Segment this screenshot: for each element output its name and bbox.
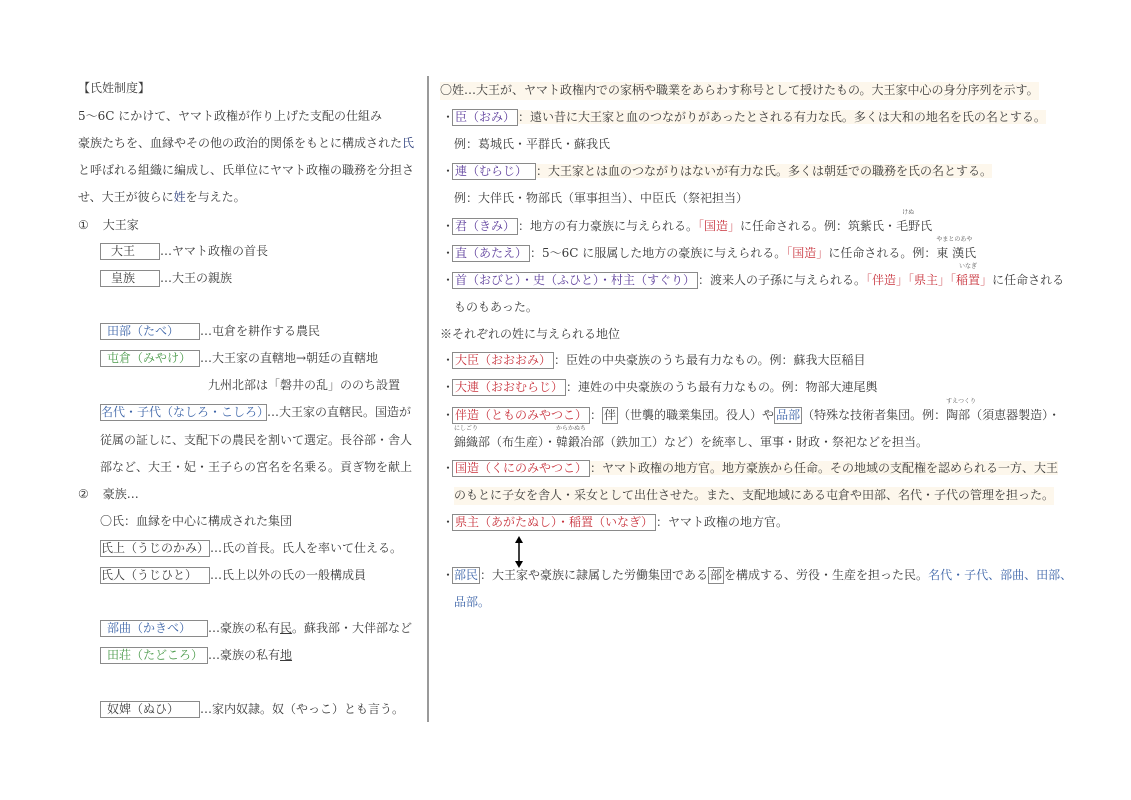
ruby-suetsukuri: すえつくり陶 <box>946 407 958 423</box>
kuninomiyatsuko-entry: ・国造（くにのみやつこ）：ヤマト政権の地方官。地方豪族から任命。その地域の支配権… <box>442 460 1058 478</box>
ruby-yamatonoaya: やまとのあや東 漢 <box>936 245 964 261</box>
kabane-definition: 〇姓…大王が、ヤマト政権内での家柄や職業をあらわす称号として授けたもの。大王家中… <box>440 82 1039 100</box>
term-box-obito: 首（おびと）・史（ふひと）・村主（すぐり） <box>452 272 698 289</box>
term-box-atai: 直（あたえ） <box>452 245 530 262</box>
okimi-entry: 大王…ヤマト政権の首長 <box>100 243 268 261</box>
kakibe-entry: 部曲（かきべ）…豪族の私有民。蘇我部・大伴部など <box>100 620 412 638</box>
term-box-kuninomiyatsuko: 国造（くにのみやつこ） <box>452 460 590 477</box>
term-box-shinabe: 品部 <box>774 407 802 424</box>
tomo-entry: ・伴造（とものみやつこ）：伴（世襲的職業集団。役人）や品部（特殊な技術者集団。例… <box>442 407 1060 425</box>
section-title: 【氏姓制度】 <box>78 80 150 98</box>
term-box-oomi: 大臣（おおおみ） <box>452 352 554 369</box>
ujinokami-entry: 氏上（うじのかみ）…氏の首長。氏人を率いて仕える。 <box>100 540 402 558</box>
intro-line-1: 5～6C にかけて、ヤマト政権が作り上げた支配の仕組み <box>78 108 382 126</box>
kozoku-entry: 皇族…大王の親族 <box>100 270 232 288</box>
oomuraji-entry: ・大連（おおむらじ）：連姓の中央豪族のうち最有力なもの。例：物部大連尾輿 <box>442 379 878 397</box>
term-box-kakibe: 部曲（かきべ） <box>100 620 208 637</box>
bemin-entry: ・部民：大王家や豪族に隷属した労働集団である部を構成する、労役・生産を担った民。… <box>442 567 1072 585</box>
miyake-entry: 屯倉（みやけ）…大王家の直轄地→朝廷の直轄地 <box>100 350 378 368</box>
tabe-entry: 田部（たべ）…屯倉を耕作する農民 <box>100 323 320 341</box>
kabane-highlight: 姓 <box>174 190 186 204</box>
omi-entry: ・臣（おみ）：遠い昔に大王家と血のつながりがあったとされる有力な氏。多くは大和の… <box>442 109 1046 127</box>
term-box-ujibito: 氏人（うじひと） <box>100 567 210 584</box>
term-box-tadokoro: 田荘（たどころ） <box>100 647 208 664</box>
term-box-okimi: 大王 <box>100 243 160 260</box>
nuhi-entry: 奴婢（ぬひ）…家内奴隷。奴（やっこ）とも言う。 <box>100 701 404 719</box>
term-box-tabe: 田部（たべ） <box>100 323 200 340</box>
omi-example: 例：葛城氏・平群氏・蘇我氏 <box>454 136 610 154</box>
tomo-continuation: にしごり錦織部（布生産）・からかぬち韓鍛冶部（鉄加工）など）を統率し、軍事・財政… <box>454 434 928 452</box>
kimi-entry: ・君（きみ）：地方の有力豪族に与えられる。「国造」に任命される。例：筑紫氏・けぬ… <box>442 218 932 236</box>
agatanushi-entry: ・県主（あがたぬし）・稲置（いなぎ）：ヤマト政権の地方官。 <box>442 514 788 532</box>
ruby-karakanuchi: からかぬち韓鍛 <box>556 434 580 450</box>
term-box-agatanushi: 県主（あがたぬし）・稲置（いなぎ） <box>452 514 656 531</box>
ruby-nishigori: にしごり錦織 <box>454 434 478 450</box>
tadokoro-entry: 田荘（たどころ）…豪族の私有地 <box>100 647 292 665</box>
muraji-entry: ・連（むらじ）：大王家とは血のつながりはないが有力な氏。多くは朝廷での職務を氏の… <box>442 163 992 181</box>
term-box-nuhi: 奴婢（ぬひ） <box>100 701 200 718</box>
term-box-tomo: 伴 <box>602 407 618 424</box>
section-1-heading: ①大王家 <box>78 217 139 235</box>
muraji-example: 例：大伴氏・物部氏（軍事担当）、中臣氏（祭祀担当） <box>454 190 748 208</box>
obito-continuation: ものもあった。 <box>454 299 538 317</box>
ujibito-entry: 氏人（うじひと）…氏上以外の氏の一般構成員 <box>100 567 366 585</box>
atai-entry: ・直（あたえ）：5～6C に服属した地方の豪族に与えられる。「国造」に任命される… <box>442 245 976 263</box>
column-divider <box>427 76 429 722</box>
ruby-inagi: いなぎ稲置 <box>956 272 980 288</box>
ruby-kenu: けぬ毛野 <box>896 218 920 234</box>
term-box-miyake: 屯倉（みやけ） <box>100 350 200 367</box>
term-box-tomonomiyatsuko: 伴造（とものみやつこ） <box>452 407 590 424</box>
term-box-kimi: 君（きみ） <box>452 218 518 235</box>
obito-entry: ・首（おびと）・史（ふひと）・村主（すぐり）：渡来人の子孫に与えられる。「伴造」… <box>442 272 1064 290</box>
intro-line-3: と呼ばれる組織に編成し、氏単位にヤマト政権の職務を分担さ <box>78 162 414 180</box>
term-box-muraji: 連（むらじ） <box>452 163 536 180</box>
nashiro-line-2: 従属の証しに、支配下の農民を割いて選定。長谷部・舎人 <box>100 432 412 450</box>
bemin-continuation: 品部。 <box>454 594 490 612</box>
term-box-oomuraji: 大連（おおむらじ） <box>452 379 566 396</box>
term-box-omi: 臣（おみ） <box>452 109 518 126</box>
term-box-nashiro: 名代・子代（なしろ・こしろ） <box>100 404 267 421</box>
nashiro-entry: 名代・子代（なしろ・こしろ）…大王家の直轄民。国造が <box>100 404 411 422</box>
double-arrow-icon <box>513 536 525 568</box>
section-2-heading: ②豪族… <box>78 486 139 504</box>
term-box-be: 部 <box>708 567 724 584</box>
intro-line-2: 豪族たちを、血縁やその他の政治的関係をもとに構成された氏 <box>78 135 414 153</box>
nashiro-line-3: 部など、大王・妃・王子らの宮名を名乗る。貢ぎ物を献上 <box>100 459 412 477</box>
uji-definition: 〇氏：血縁を中心に構成された集団 <box>100 513 292 531</box>
term-box-kozoku: 皇族 <box>100 270 160 287</box>
rank-note: ※それぞれの姓に与えられる地位 <box>440 326 620 344</box>
uji-highlight: 氏 <box>402 136 414 150</box>
kuninomiyatsuko-continuation: のもとに子女を舎人・采女として出仕させた。また、支配地域にある屯倉や田部、名代・… <box>454 487 1054 505</box>
miyake-note: 九州北部は「磐井の乱」ののち設置 <box>208 377 400 395</box>
oomi-entry: ・大臣（おおおみ）：臣姓の中央豪族のうち最有力なもの。例：蘇我大臣稲目 <box>442 352 866 370</box>
term-box-ujinokami: 氏上（うじのかみ） <box>100 540 210 557</box>
intro-line-4: せ、大王が彼らに姓を与えた。 <box>78 189 246 207</box>
term-box-bemin: 部民 <box>452 567 480 584</box>
